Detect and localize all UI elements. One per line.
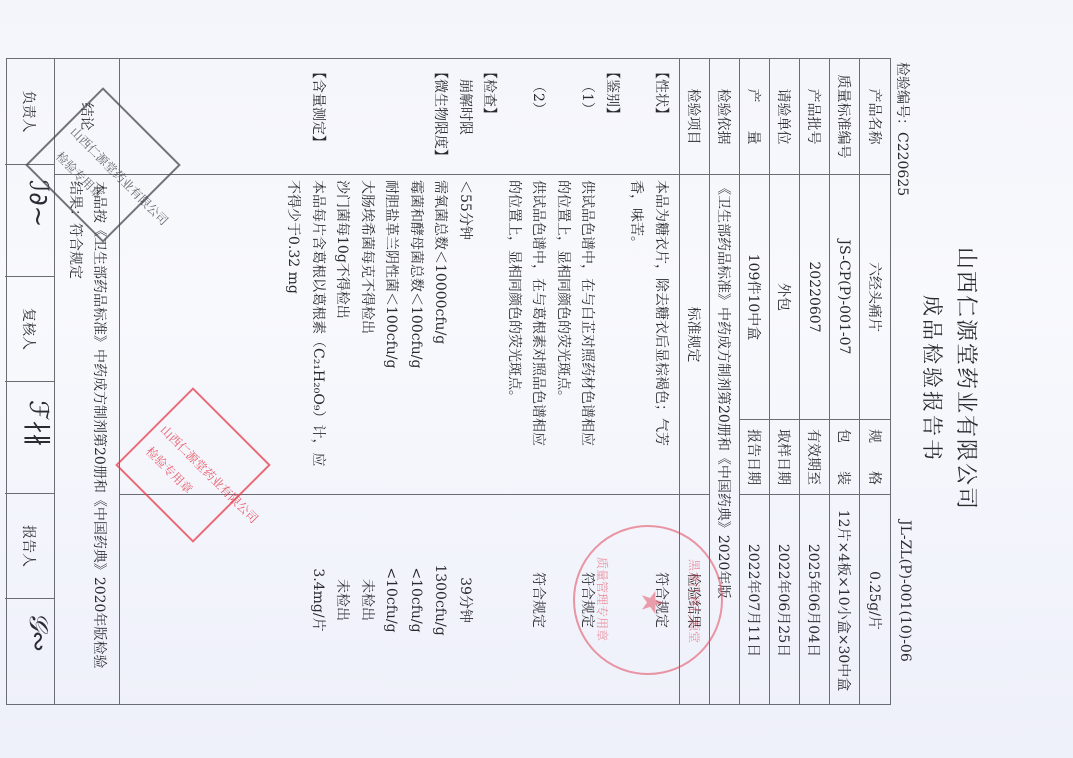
label-sampling: 取样日期 <box>770 419 799 494</box>
row-requester: 请验单位 外包 取样日期 2022年06月25日 <box>770 59 800 704</box>
value-packing: 12片×4板×10小盒×30中盒 <box>830 494 859 706</box>
value-report-date: 2022年07月11日 <box>740 494 769 706</box>
header-standard: 标准规定 <box>680 174 709 494</box>
value-requester: 外包 <box>770 174 799 419</box>
signature-mark-reporter: 𝒢∾ <box>22 612 53 652</box>
label-spec: 规 格 <box>860 419 890 494</box>
label-basis: 检验依据 <box>710 59 739 174</box>
company-name: 山西仁源堂药业有限公司 <box>952 0 983 758</box>
value-conclusion: 本品按《卫生部药品标准》中药成方制剂第20册和《中国药典》2020年版检验 结果… <box>55 174 119 706</box>
value-product-name: 六经头痛片 <box>860 174 890 419</box>
form-code: JL-ZL(P)-001(10)-06 <box>897 520 913 662</box>
value-batch: 20220607 <box>800 174 829 419</box>
label-packing: 包 装 <box>830 419 859 494</box>
label-requester: 请验单位 <box>770 59 799 174</box>
inspection-number: 检验编号：C220625 <box>893 62 913 196</box>
label-reviewer: 复核人 <box>5 276 54 381</box>
signature-mark-reviewer: ℱ∤∦ <box>23 400 53 446</box>
value-spec: 0.25g/片 <box>860 494 890 706</box>
qa-seal-stamp: 黑龙江省仁源堂 ★ 质量管理专用章 <box>573 525 723 675</box>
label-quality-std: 质量标准编号 <box>830 59 859 174</box>
value-expiry: 2025年06月04日 <box>800 494 829 706</box>
row-output: 产 量 109件10中盒 报告日期 2022年07月11日 <box>740 59 770 704</box>
value-output: 109件10中盒 <box>740 174 769 419</box>
inspection-report-page: 山西仁源堂药业有限公司 成品检验报告书 检验编号：C220625 JL-ZL(P… <box>0 0 1073 758</box>
label-output: 产 量 <box>740 59 769 174</box>
row-product: 产品名称 六经头痛片 规 格 0.25g/片 <box>860 59 890 704</box>
header-item: 检验项目 <box>680 59 709 174</box>
label-batch: 产品批号 <box>800 59 829 174</box>
label-report-date: 报告日期 <box>740 419 769 494</box>
standards-column: 本品为糖衣片，除去糖衣后显棕褐色；气芳 香，味苦。 供试品色谱中，在与白芷对照药… <box>281 180 673 466</box>
value-sampling: 2022年06月25日 <box>770 494 799 706</box>
row-batch: 产品批号 20220607 有效期至 2025年06月04日 <box>800 59 830 704</box>
item-labels: 【性状】 【鉴别】 （1） （2） 【检查】 崩解时限 【微生物限度】 【含量测… <box>306 65 674 163</box>
label-product-name: 产品名称 <box>860 59 890 174</box>
label-reporter: 报告人 <box>5 493 54 598</box>
report-title: 成品检验报告书 <box>918 0 948 758</box>
label-expiry: 有效期至 <box>800 419 829 494</box>
value-quality-std: JS-CP(P)-001-07 <box>830 174 859 419</box>
row-quality-std: 质量标准编号 JS-CP(P)-001-07 包 装 12片×4板×10小盒×3… <box>830 59 860 704</box>
star-icon: ★ <box>634 589 669 616</box>
